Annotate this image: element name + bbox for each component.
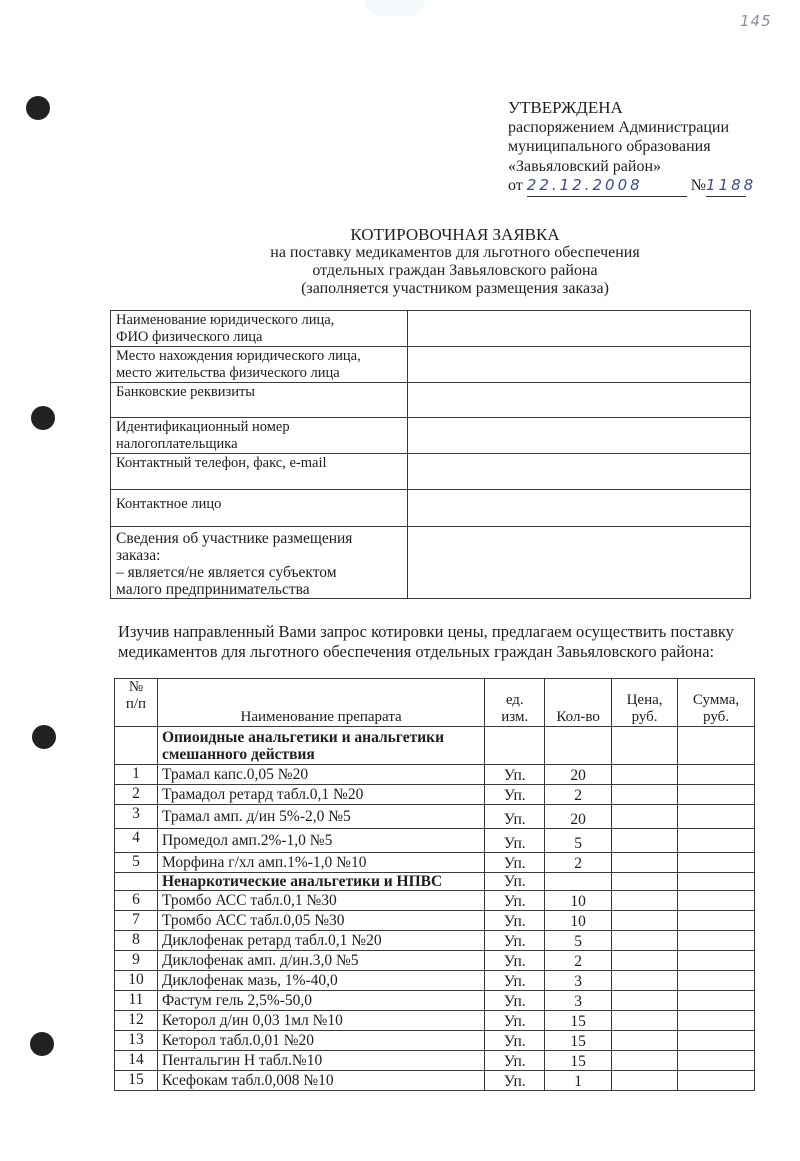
table-row: 10Диклофенак мазь, 1%-40,0Уп.3 (115, 971, 755, 991)
drug-name: Фастум гель 2,5%-50,0 (157, 991, 484, 1011)
table-header-row: № п/п Наименование препарата ед. изм. Ко… (115, 679, 755, 727)
table-row: 1Трамал капс.0,05 №20Уп.20 (115, 765, 755, 785)
quantity: 15 (545, 1051, 612, 1071)
punch-hole (26, 96, 50, 120)
price-field[interactable] (612, 853, 678, 873)
sum-field[interactable] (678, 785, 755, 805)
unit: Уп. (485, 971, 545, 991)
price-field[interactable] (612, 1071, 678, 1091)
punch-hole (31, 406, 55, 430)
drug-name: Пентальгин Н табл.№10 (157, 1051, 484, 1071)
drug-name: Кеторол д/ин 0,03 1мл №10 (157, 1011, 484, 1031)
info-value-field[interactable] (408, 454, 751, 490)
price-field[interactable] (612, 765, 678, 785)
table-row: 8Диклофенак ретард табл.0,1 №20Уп.5 (115, 931, 755, 951)
unit: Уп. (485, 891, 545, 911)
info-row: Контактное лицо (111, 490, 751, 527)
drug-name: Тромбо АСС табл.0,1 №30 (157, 891, 484, 911)
quantity: 3 (545, 971, 612, 991)
quantity: 2 (545, 951, 612, 971)
sum-field[interactable] (678, 765, 755, 785)
price-field[interactable] (612, 951, 678, 971)
info-label: Наименование юридического лица, ФИО физи… (111, 311, 408, 347)
category-row: Опиоидные анальгетики и анальгетики смеш… (115, 727, 755, 765)
table-row: 11Фастум гель 2,5%-50,0Уп.3 (115, 991, 755, 1011)
price-field[interactable] (612, 931, 678, 951)
row-number: 2 (115, 785, 158, 805)
price-field[interactable] (612, 829, 678, 853)
scan-smudge (365, 0, 425, 16)
approval-line: распоряжением Администрации (508, 118, 746, 138)
number-prefix: № (691, 177, 706, 194)
table-row: 6Тромбо АСС табл.0,1 №30Уп.10 (115, 891, 755, 911)
price-field[interactable] (612, 727, 678, 765)
price-field[interactable] (612, 1051, 678, 1071)
row-number: 6 (115, 891, 158, 911)
document-title: КОТИРОВОЧНАЯ ЗАЯВКА (200, 226, 710, 244)
unit: Уп. (485, 951, 545, 971)
table-row: 3Трамал амп. д/ин 5%-2,0 №5Уп.20 (115, 805, 755, 829)
heading-line: на поставку медикаментов для льготного о… (200, 244, 710, 262)
col-header-num: № п/п (115, 679, 158, 727)
price-field[interactable] (612, 805, 678, 829)
col-header-sum: Сумма, руб. (678, 679, 755, 727)
sum-field[interactable] (678, 931, 755, 951)
price-field[interactable] (612, 991, 678, 1011)
info-label: Место нахождения юридического лица, мест… (111, 347, 408, 383)
info-label: Контактный телефон, факс, e-mail (111, 454, 408, 490)
quantity: 5 (545, 931, 612, 951)
sum-field[interactable] (678, 891, 755, 911)
quantity: 2 (545, 785, 612, 805)
quantity: 20 (545, 805, 612, 829)
row-number: 8 (115, 931, 158, 951)
approval-date: 22.12.2008 (527, 176, 643, 194)
drug-name: Опиоидные анальгетики и анальгетики смеш… (157, 727, 484, 765)
approval-title: УТВЕРЖДЕНА (508, 98, 746, 118)
document-heading: КОТИРОВОЧНАЯ ЗАЯВКА на поставку медикаме… (200, 226, 710, 298)
info-value-field[interactable] (408, 527, 751, 599)
info-label: Идентификационный номер налогоплательщик… (111, 418, 408, 454)
info-row: Контактный телефон, факс, e-mail (111, 454, 751, 490)
drug-name: Кеторол табл.0,01 №20 (157, 1031, 484, 1051)
drug-name: Трамадол ретард табл.0,1 №20 (157, 785, 484, 805)
info-label: Сведения об участнике размещения заказа:… (111, 527, 408, 599)
quantity: 15 (545, 1011, 612, 1031)
table-row: 14Пентальгин Н табл.№10Уп.15 (115, 1051, 755, 1071)
quantity: 1 (545, 1071, 612, 1091)
info-value-field[interactable] (408, 311, 751, 347)
drug-name: Диклофенак амп. д/ин.3,0 №5 (157, 951, 484, 971)
info-value-field[interactable] (408, 418, 751, 454)
punch-hole (30, 1032, 54, 1056)
row-number: 15 (115, 1071, 158, 1091)
quantity: 2 (545, 853, 612, 873)
info-row: Сведения об участнике размещения заказа:… (111, 527, 751, 599)
row-number: 9 (115, 951, 158, 971)
row-number: 11 (115, 991, 158, 1011)
intro-paragraph: Изучив направленный Вами запрос котировк… (118, 622, 758, 662)
row-number (115, 873, 158, 891)
price-field[interactable] (612, 1031, 678, 1051)
quantity: 10 (545, 911, 612, 931)
sum-field[interactable] (678, 1011, 755, 1031)
unit: Уп. (485, 873, 545, 891)
info-value-field[interactable] (408, 490, 751, 527)
sum-field[interactable] (678, 911, 755, 931)
table-row: 15Ксефокам табл.0,008 №10Уп.1 (115, 1071, 755, 1091)
drug-name: Ненаркотические анальгетики и НПВС (157, 873, 484, 891)
table-row: 13Кеторол табл.0,01 №20Уп.15 (115, 1031, 755, 1051)
sum-field[interactable] (678, 1051, 755, 1071)
drug-name: Морфина г/хл амп.1%-1,0 №10 (157, 853, 484, 873)
drug-name: Трамал амп. д/ин 5%-2,0 №5 (157, 805, 484, 829)
sum-field[interactable] (678, 805, 755, 829)
sum-field[interactable] (678, 853, 755, 873)
heading-line: (заполняется участником размещения заказ… (200, 280, 710, 298)
table-row: 12Кеторол д/ин 0,03 1мл №10Уп.15 (115, 1011, 755, 1031)
quantity: 10 (545, 891, 612, 911)
sum-field[interactable] (678, 829, 755, 853)
sum-field[interactable] (678, 991, 755, 1011)
medications-table: № п/п Наименование препарата ед. изм. Ко… (114, 678, 755, 1091)
price-field[interactable] (612, 971, 678, 991)
approval-block: УТВЕРЖДЕНА распоряжением Администрации м… (508, 98, 746, 197)
unit: Уп. (485, 853, 545, 873)
row-number: 14 (115, 1051, 158, 1071)
drug-name: Промедол амп.2%-1,0 №5 (157, 829, 484, 853)
table-row: 7Тромбо АСС табл.0,05 №30Уп.10 (115, 911, 755, 931)
price-field[interactable] (612, 911, 678, 931)
approval-date-line: от 22.12.2008 №1188 (508, 176, 746, 197)
approval-line: муниципального образования (508, 137, 746, 157)
unit: Уп. (485, 805, 545, 829)
sum-field[interactable] (678, 1031, 755, 1051)
sum-field[interactable] (678, 727, 755, 765)
quantity: 3 (545, 991, 612, 1011)
info-label: Банковские реквизиты (111, 383, 408, 418)
price-field[interactable] (612, 891, 678, 911)
row-number (115, 727, 158, 765)
table-row: 4Промедол амп.2%-1,0 №5Уп.5 (115, 829, 755, 853)
participant-info-table: Наименование юридического лица, ФИО физи… (110, 310, 751, 599)
quantity: 15 (545, 1031, 612, 1051)
row-number: 4 (115, 829, 158, 853)
unit (485, 727, 545, 765)
quantity: 20 (545, 765, 612, 785)
date-prefix: от (508, 177, 523, 194)
row-number: 7 (115, 911, 158, 931)
row-number: 1 (115, 765, 158, 785)
quantity (545, 873, 612, 891)
unit: Уп. (485, 1071, 545, 1091)
heading-line: отдельных граждан Завьяловского района (200, 262, 710, 280)
row-number: 12 (115, 1011, 158, 1031)
category-row: Ненаркотические анальгетики и НПВСУп. (115, 873, 755, 891)
info-row: Идентификационный номер налогоплательщик… (111, 418, 751, 454)
col-header-qty: Кол-во (545, 679, 612, 727)
unit: Уп. (485, 991, 545, 1011)
sum-field[interactable] (678, 1071, 755, 1091)
sum-field[interactable] (678, 951, 755, 971)
sum-field[interactable] (678, 971, 755, 991)
unit: Уп. (485, 1031, 545, 1051)
table-row: 2Трамадол ретард табл.0,1 №20Уп.2 (115, 785, 755, 805)
info-row: Наименование юридического лица, ФИО физи… (111, 311, 751, 347)
drug-name: Тромбо АСС табл.0,05 №30 (157, 911, 484, 931)
table-row: 9Диклофенак амп. д/ин.3,0 №5Уп.2 (115, 951, 755, 971)
row-number: 10 (115, 971, 158, 991)
info-row: Банковские реквизиты (111, 383, 751, 418)
row-number: 5 (115, 853, 158, 873)
unit: Уп. (485, 911, 545, 931)
quantity: 5 (545, 829, 612, 853)
col-header-unit: ед. изм. (485, 679, 545, 727)
unit: Уп. (485, 931, 545, 951)
unit: Уп. (485, 785, 545, 805)
unit: Уп. (485, 765, 545, 785)
col-header-name: Наименование препарата (157, 679, 484, 727)
info-label: Контактное лицо (111, 490, 408, 527)
sum-field[interactable] (678, 873, 755, 891)
info-row: Место нахождения юридического лица, мест… (111, 347, 751, 383)
info-value-field[interactable] (408, 383, 751, 418)
info-value-field[interactable] (408, 347, 751, 383)
drug-name: Диклофенак мазь, 1%-40,0 (157, 971, 484, 991)
drug-name: Ксефокам табл.0,008 №10 (157, 1071, 484, 1091)
table-row: 5Морфина г/хл амп.1%-1,0 №10Уп.2 (115, 853, 755, 873)
drug-name: Диклофенак ретард табл.0,1 №20 (157, 931, 484, 951)
page-number: 145 (740, 12, 772, 30)
approval-number: 1188 (706, 176, 756, 194)
unit: Уп. (485, 1011, 545, 1031)
unit: Уп. (485, 1051, 545, 1071)
row-number: 13 (115, 1031, 158, 1051)
row-number: 3 (115, 805, 158, 829)
price-field[interactable] (612, 785, 678, 805)
punch-hole (32, 725, 56, 749)
quantity (545, 727, 612, 765)
unit: Уп. (485, 829, 545, 853)
approval-line: «Завьяловский район» (508, 157, 746, 177)
drug-name: Трамал капс.0,05 №20 (157, 765, 484, 785)
price-field[interactable] (612, 1011, 678, 1031)
col-header-price: Цена, руб. (612, 679, 678, 727)
price-field[interactable] (612, 873, 678, 891)
